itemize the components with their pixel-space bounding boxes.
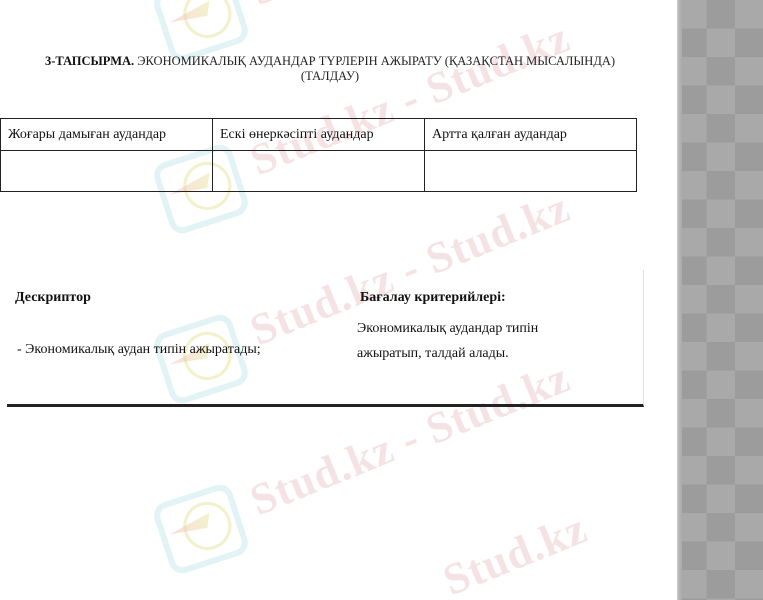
slide: Stud.kz - Stud.kz Stud.kz - Stud.kz Stud… (0, 0, 677, 600)
header-old-industrial-regions: Ескі өнеркәсіпті аудандар (213, 119, 425, 151)
table-header-row: Жоғары дамыған аудандар Ескі өнеркәсіпті… (1, 119, 637, 151)
header-lagging-regions: Артта қалған аудандар (425, 119, 637, 151)
criteria-line2: ажыратып, талдай алады. (357, 346, 509, 361)
side-panel-pattern (677, 0, 763, 600)
task-title: 3-ТАПСЫРМА. ЭКОНОМИКАЛЫҚ АУДАНДАР ТҮРЛЕР… (0, 54, 660, 84)
criteria-heading: Бағалау критерийлері: (360, 290, 506, 306)
watermark-text: Stud.kz (436, 502, 594, 600)
watermark-text: Stud.kz - Stud.kz (243, 0, 577, 16)
task-label: 3-ТАПСЫРМА. (45, 54, 134, 68)
task-title-line1: ЭКОНОМИКАЛЫҚ АУДАНДАР ТҮРЛЕРІН АЖЫРАТУ (… (137, 54, 615, 68)
table-row (1, 151, 637, 192)
cell-lagging-regions[interactable] (425, 151, 637, 192)
watermark-logo-icon (151, 481, 252, 577)
assessment-box: Дескриптор Бағалау критерийлері: Экономи… (7, 270, 644, 407)
descriptor-heading: Дескриптор (15, 290, 91, 306)
regions-table: Жоғары дамыған аудандар Ескі өнеркәсіпті… (0, 118, 637, 192)
descriptor-item: - Экономикалық аудан типін ажыратады; (17, 342, 261, 358)
criteria-line1: Экономикалық аудандар типін (357, 321, 538, 336)
cell-developed-regions[interactable] (1, 151, 213, 192)
criteria-text: Экономикалық аудандар типін ажыратып, та… (357, 316, 538, 366)
header-developed-regions: Жоғары дамыған аудандар (1, 119, 213, 151)
cell-old-industrial-regions[interactable] (213, 151, 425, 192)
task-title-line2: (ТАЛДАУ) (301, 69, 359, 83)
